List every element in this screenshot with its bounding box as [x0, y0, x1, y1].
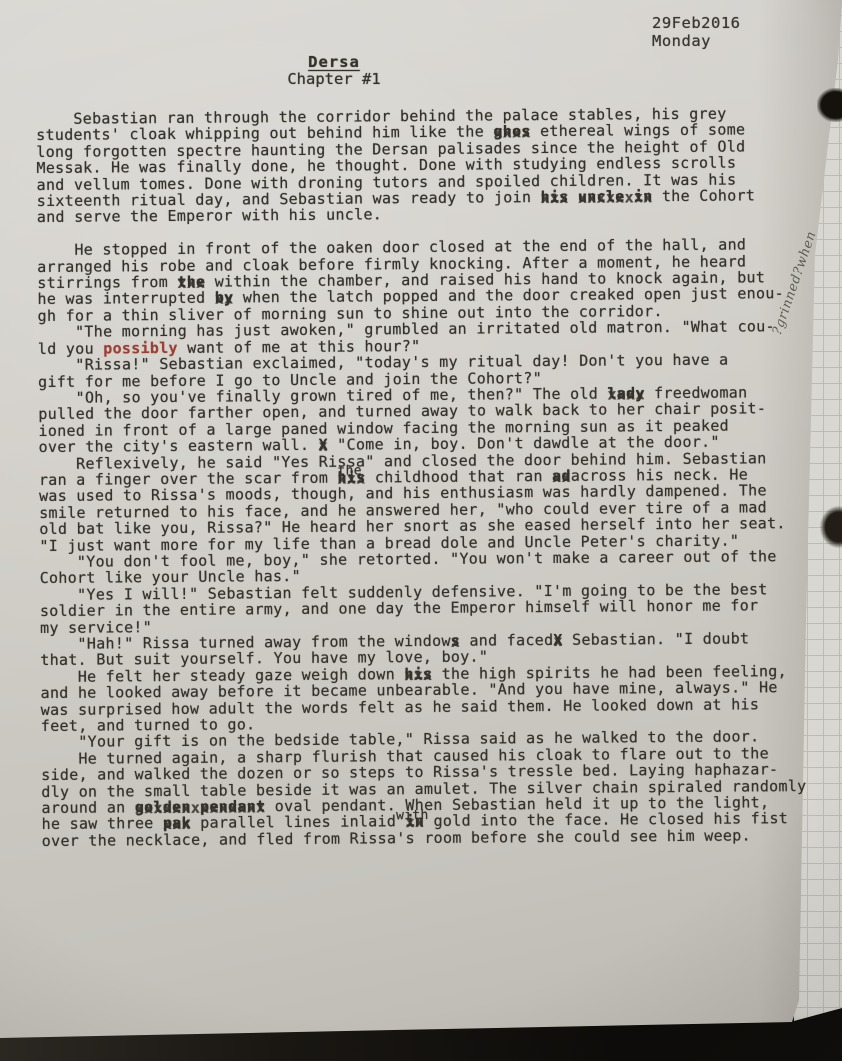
struck-out-text: by	[215, 289, 234, 307]
chapter-heading: Chapter #1	[244, 71, 424, 88]
typed-text: the Cohort	[653, 186, 756, 205]
struck-out-text: the	[177, 273, 205, 291]
weekday-line: Monday	[652, 32, 741, 50]
struck-out-text: golden pendant	[135, 797, 266, 816]
typed-text: Sebastian. "I doubt	[563, 629, 750, 648]
typed-text	[569, 188, 578, 206]
title-block: Dersa Chapter #1	[244, 54, 424, 87]
typed-text: and faced	[460, 631, 553, 650]
struck-out-text: lady	[607, 384, 644, 402]
struck-out-text: in	[405, 812, 424, 830]
struck-out-text: s	[451, 632, 460, 650]
struck-out-text: his	[541, 188, 569, 206]
typed-body-text: Sebastian ran through the corridor behin…	[36, 104, 807, 848]
typed-text: and serve the Emperor with his uncle.	[37, 206, 382, 227]
dark-mark-top-right	[817, 88, 842, 122]
story-title: Dersa	[244, 54, 424, 71]
struck-out-text: X	[553, 631, 562, 649]
struck-out-text: ad	[552, 467, 571, 485]
struck-out-text: X	[319, 436, 328, 454]
struck-out-text: pak	[163, 814, 191, 832]
struck-out-text: ghos	[493, 123, 530, 141]
photo-of-typewritten-page: 29Feb2016 Monday Dersa Chapter #1 Sebast…	[0, 0, 842, 1061]
date-line: 29Feb2016	[652, 14, 741, 32]
date-block: 29Feb2016 Monday	[652, 14, 741, 50]
struck-out-text: his	[337, 468, 365, 486]
struck-out-text: his	[404, 665, 432, 683]
struck-out-text: uncle in	[578, 187, 653, 206]
dark-mark-mid-right	[820, 506, 842, 548]
